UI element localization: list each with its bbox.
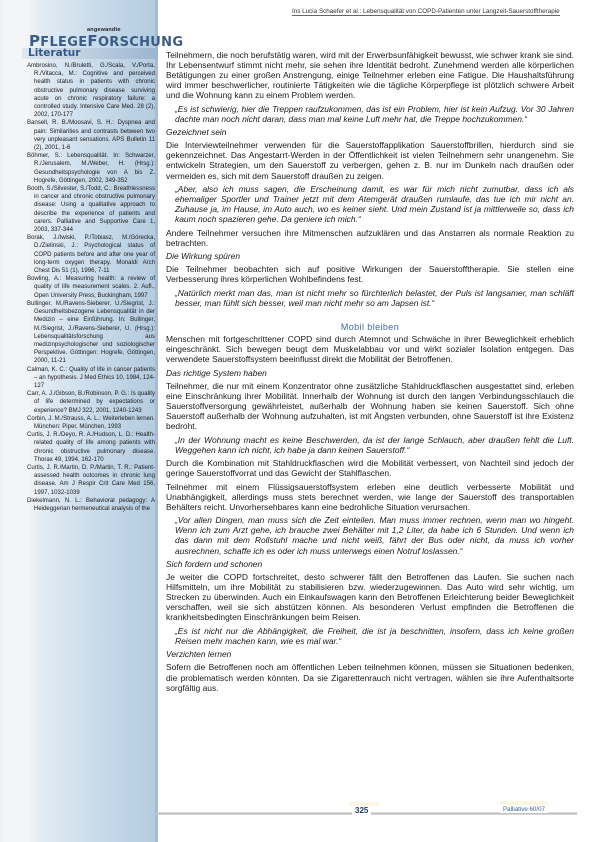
body-paragraph: Die Interviewteilnehmer verwenden für di… — [166, 140, 574, 180]
body-paragraph: Teilnehmer mit einem Flüssigsauerstoffsy… — [166, 482, 574, 512]
footer-journal-issue: Palliative 60/07 — [500, 806, 548, 813]
subheading-richtige-system: Das richtige System haben — [166, 368, 574, 378]
body-paragraph: Die Teilnehmer beobachten sich auf posit… — [166, 264, 574, 284]
body-paragraph: Durch die Kombination mit Stahldruckflas… — [166, 458, 574, 478]
subheading-fordern-schonen: Sich fordern und schonen — [166, 559, 574, 569]
interview-quote: „Natürlich merkt man das, man ist nicht … — [175, 288, 574, 308]
body-paragraph: Menschen mit fortgeschrittener COPD sind… — [166, 334, 574, 364]
section-title-literatur: Literatur — [28, 47, 80, 59]
reference-item: Bullinger, M./Ravens-Sieberer, U./Siegri… — [27, 300, 155, 366]
reference-item: Bowling, A.: Measuring health: a review … — [27, 275, 155, 300]
reference-item: Booth, S./Silvester, S./Todd, C.: Breath… — [27, 185, 155, 234]
page-number: 325 — [352, 806, 371, 815]
interview-quote: „Es ist schwierig, hier die Treppen rauf… — [175, 104, 574, 124]
reference-item: Diekelmann, N. L.: Behavioral pedagogy: … — [27, 497, 155, 513]
reference-item: Calman, K. C.: Quality of life in cancer… — [27, 366, 155, 391]
reference-list: Ambrosino, N./Bruletti, G./Scala, V./Por… — [27, 62, 155, 513]
article-body: Teilnehmern, die noch berufstätig waren,… — [166, 50, 574, 696]
subheading-gezeichnet-sein: Gezeichnet sein — [166, 127, 574, 137]
subheading-wirkung-spueren: Die Wirkung spüren — [166, 251, 574, 261]
body-paragraph: Sofern die Betroffenen noch am öffentlic… — [166, 662, 574, 692]
section-heading-mobil-bleiben: Mobil bleiben — [166, 322, 574, 332]
reference-item: Curtis, J. R./Deyo, R. A./Hudson, L. D.:… — [27, 431, 155, 464]
body-paragraph: Je weiter die COPD fortschreitet, desto … — [166, 572, 574, 622]
reference-item: Ambrosino, N./Bruletti, G./Scala, V./Por… — [27, 62, 155, 119]
body-paragraph: Teilnehmern, die noch berufstätig waren,… — [166, 50, 574, 100]
interview-quote: „Es ist nicht nur die Abhängigkeit, die … — [175, 626, 574, 646]
running-head: Ins Lucia Schaefer et al.: Lebensqualitä… — [292, 8, 560, 16]
reference-item: Corbin, J. M./Strauss, A. L.: Weiterlebe… — [27, 415, 155, 431]
reference-item: Curtis, J. R./Martin, D. P./Martin, T. R… — [27, 464, 155, 497]
reference-item: Carr, A. J./Gibson, B./Robinson, P. G.: … — [27, 390, 155, 415]
body-paragraph: Andere Teilnehmer versuchen ihre Mitmens… — [166, 228, 574, 248]
interview-quote: „In der Wohnung macht es keine Beschwerd… — [175, 435, 574, 455]
interview-quote: „Aber, also ich muss sagen, die Erschein… — [175, 184, 574, 224]
interview-quote: „Vor allen Dingen, man muss sich die Zei… — [175, 515, 574, 555]
margin-strip — [0, 0, 3, 842]
subheading-verzichten-lernen: Verzichten lernen — [166, 649, 574, 659]
body-paragraph: Teilnehmer, die nur mit einem Konzentrat… — [166, 381, 574, 431]
reference-item: Borak, J./Iwiski, P./Tobiasz, M./Górecka… — [27, 234, 155, 275]
reference-item: Bansell, R. B./Moosavi, S. H.: Dyspnea a… — [27, 119, 155, 152]
reference-item: Böhmer, S.: Lebensqualität. In: Schwarze… — [27, 152, 155, 185]
